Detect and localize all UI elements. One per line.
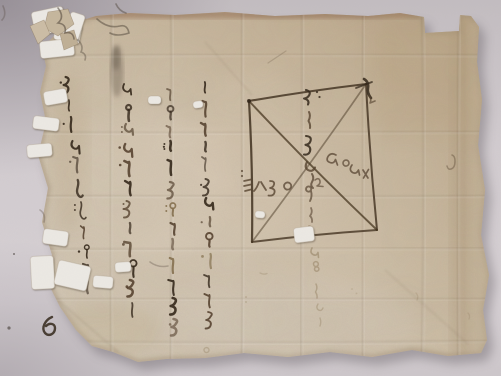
manuscript-photograph bbox=[0, 0, 501, 376]
photo-scene bbox=[0, 0, 501, 376]
photo-grain bbox=[0, 0, 501, 376]
